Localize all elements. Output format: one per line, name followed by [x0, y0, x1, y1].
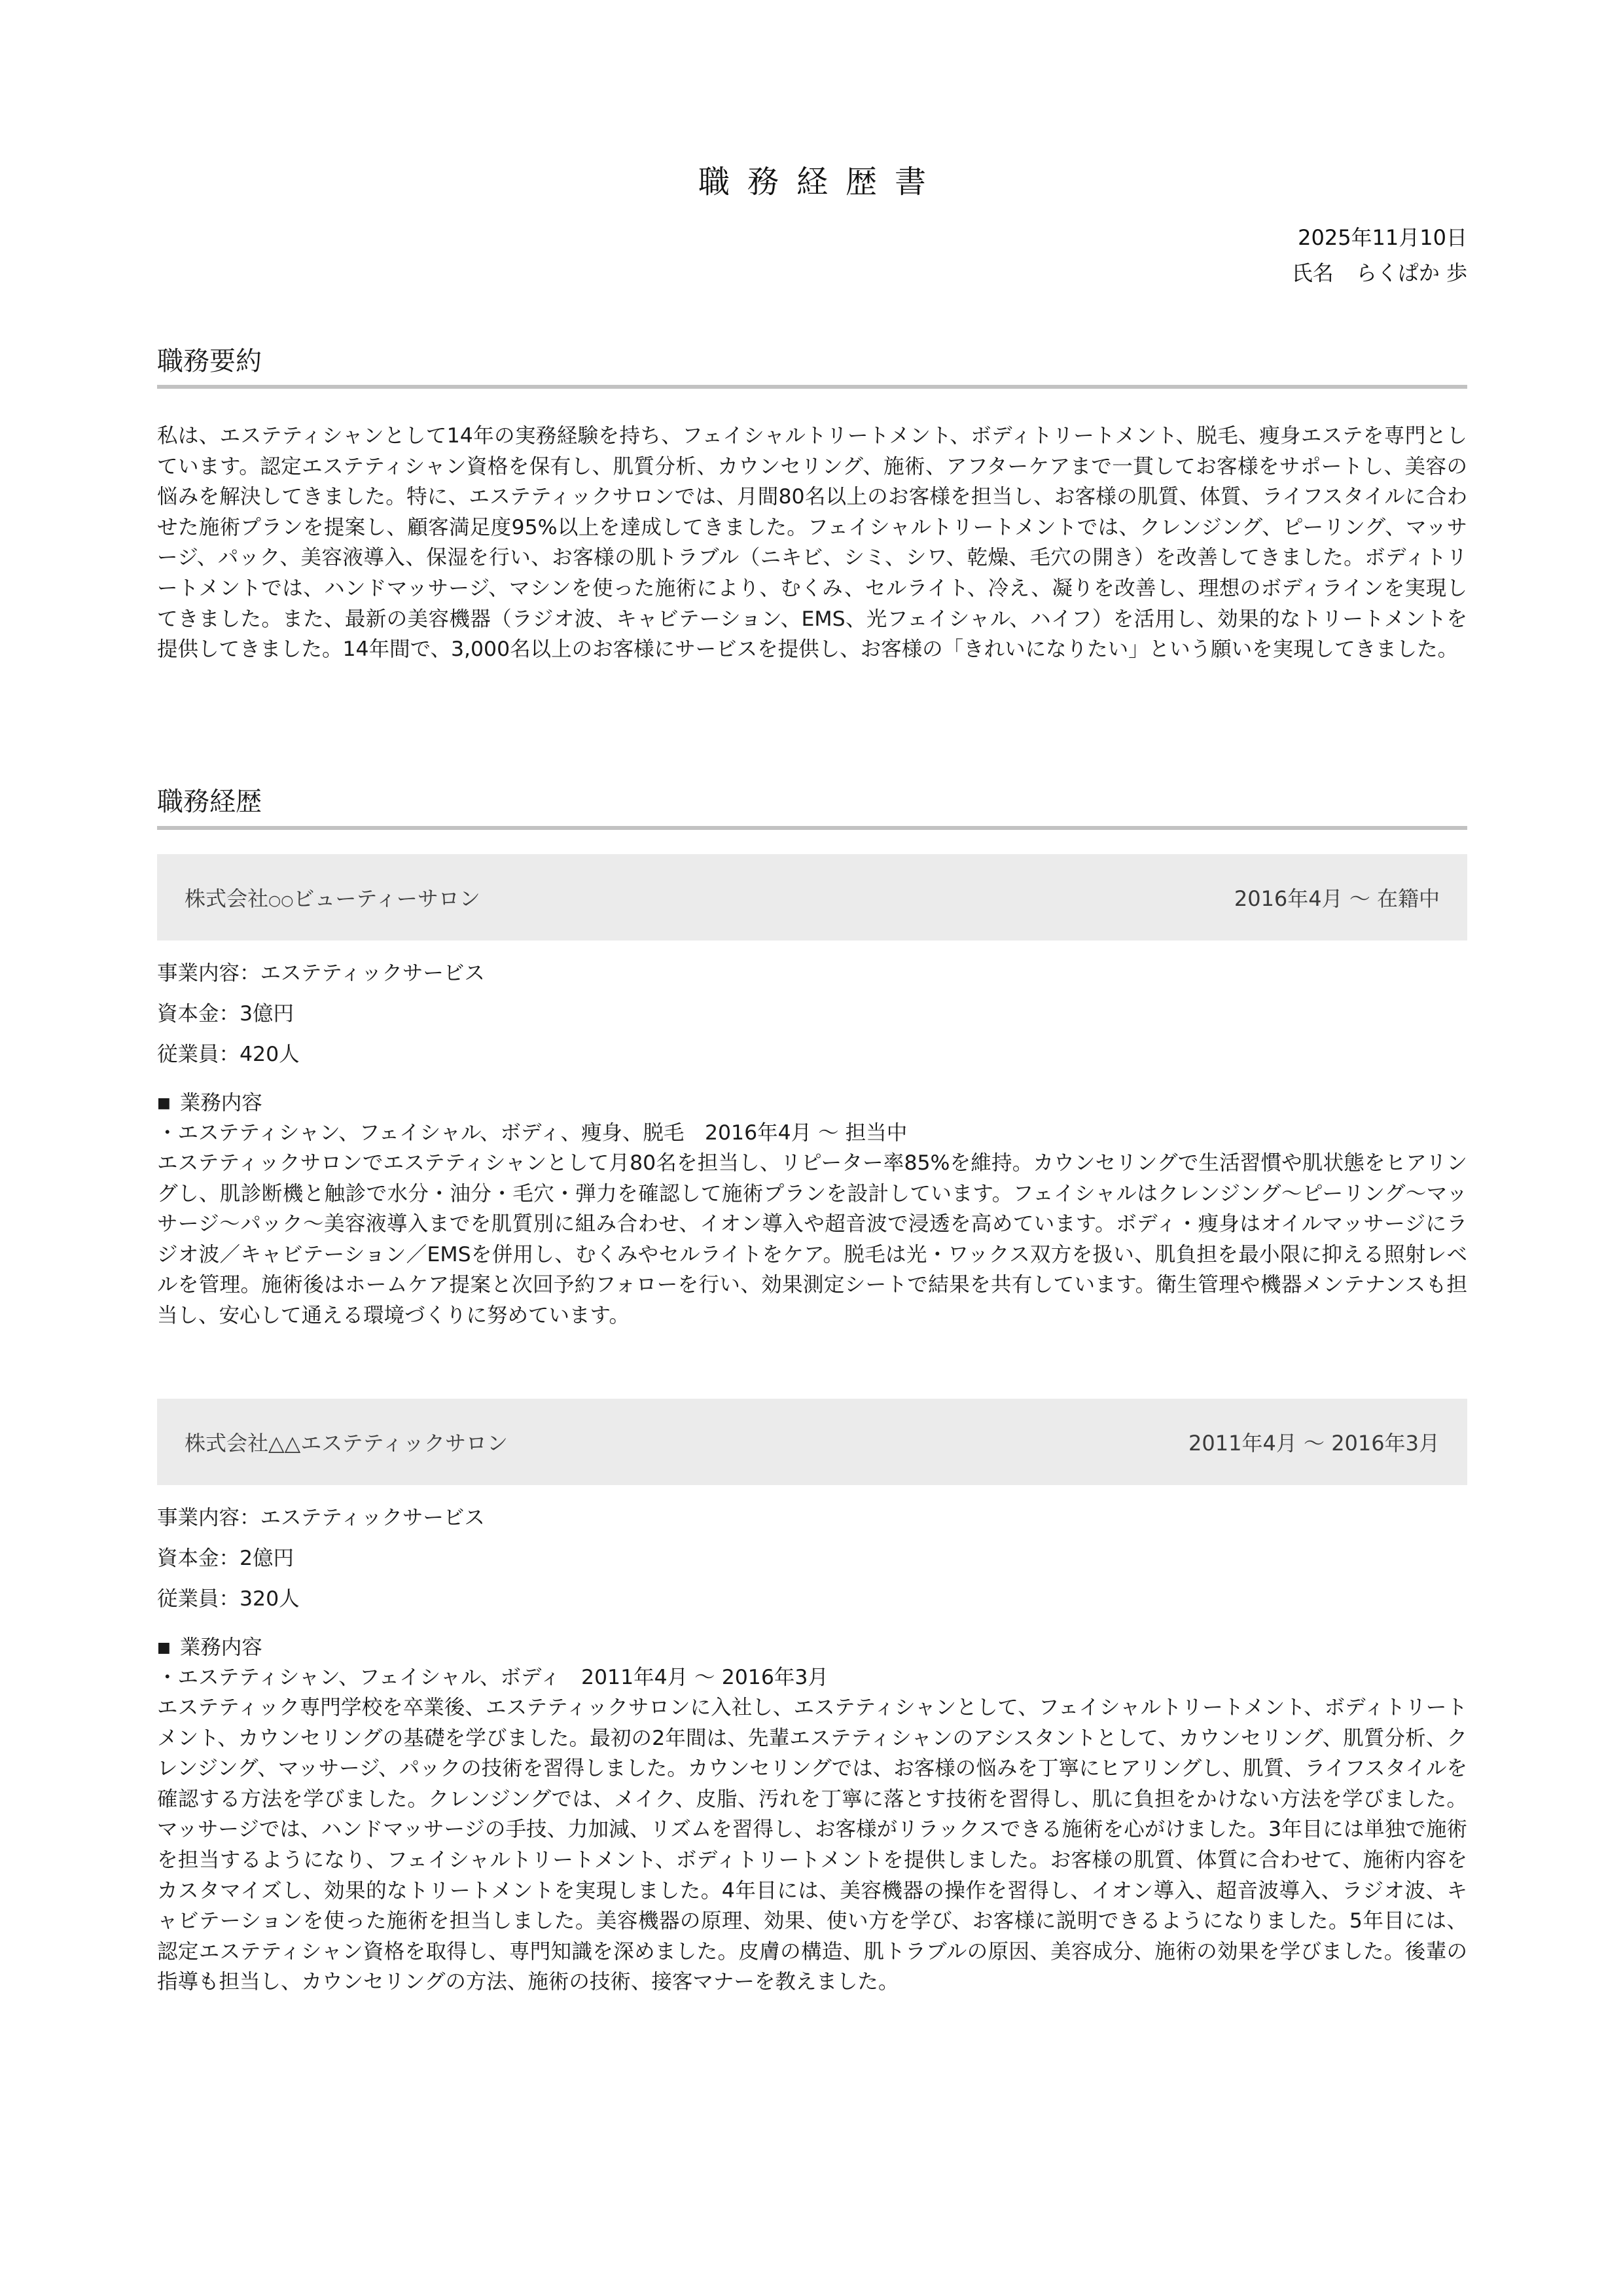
- company-name: 株式会社△△エステティックサロン: [185, 1427, 508, 1457]
- document-meta: 2025年11月10日 氏名らくぱか 歩: [1292, 220, 1467, 291]
- author-name: らくぱか 歩: [1356, 260, 1467, 285]
- document-title: 職務経歴書: [157, 162, 1467, 202]
- company-employees: 従業員：420人: [157, 1034, 485, 1075]
- square-bullet-icon: ■: [157, 1095, 171, 1111]
- company-name: 株式会社○○ビューティーサロン: [185, 882, 480, 912]
- document-date: 2025年11月10日: [1292, 220, 1467, 255]
- company-capital: 資本金：2億円: [157, 1538, 485, 1579]
- company-capital: 資本金：3億円: [157, 994, 485, 1034]
- company-header: 株式会社○○ビューティーサロン 2016年4月 〜 在籍中: [157, 854, 1467, 941]
- history-heading: 職務経歴: [157, 785, 1467, 818]
- company-business: 事業内容：エステティックサービス: [157, 953, 485, 994]
- square-bullet-icon: ■: [157, 1640, 171, 1656]
- company-info: 事業内容：エステティックサービス 資本金：3億円 従業員：420人: [157, 953, 485, 1075]
- summary-text: 私は、エステティシャンとして14年の実務経験を持ち、フェイシャルトリートメント、…: [157, 421, 1467, 665]
- role-line: ・エステティシャン、フェイシャル、ボディ、痩身、脱毛 2016年4月 〜 担当中: [157, 1118, 907, 1148]
- company-name-mark: ○○: [268, 893, 293, 909]
- author-line: 氏名らくぱか 歩: [1292, 255, 1467, 291]
- company-description: エステティック専門学校を卒業後、エステティックサロンに入社し、エステティシャンと…: [157, 1693, 1467, 1998]
- company-name-mark: △△: [268, 1431, 300, 1456]
- summary-heading: 職務要約: [157, 345, 1467, 378]
- role-line: ・エステティシャン、フェイシャル、ボディ 2011年4月 〜 2016年3月: [157, 1662, 829, 1693]
- summary-divider: [157, 385, 1467, 389]
- company-header: 株式会社△△エステティックサロン 2011年4月 〜 2016年3月: [157, 1399, 1467, 1485]
- company-period: 2016年4月 〜 在籍中: [1234, 882, 1440, 912]
- company-description: エステティックサロンでエステティシャンとして月80名を担当し、リピーター率85%…: [157, 1148, 1467, 1331]
- duties-heading: ■業務内容: [157, 1088, 262, 1119]
- company-employees: 従業員：320人: [157, 1579, 485, 1619]
- history-divider: [157, 826, 1467, 830]
- name-label: 氏名: [1292, 260, 1334, 285]
- company-period: 2011年4月 〜 2016年3月: [1188, 1427, 1440, 1457]
- duties-heading: ■業務内容: [157, 1632, 262, 1663]
- company-info: 事業内容：エステティックサービス 資本金：2億円 従業員：320人: [157, 1498, 485, 1619]
- company-business: 事業内容：エステティックサービス: [157, 1498, 485, 1538]
